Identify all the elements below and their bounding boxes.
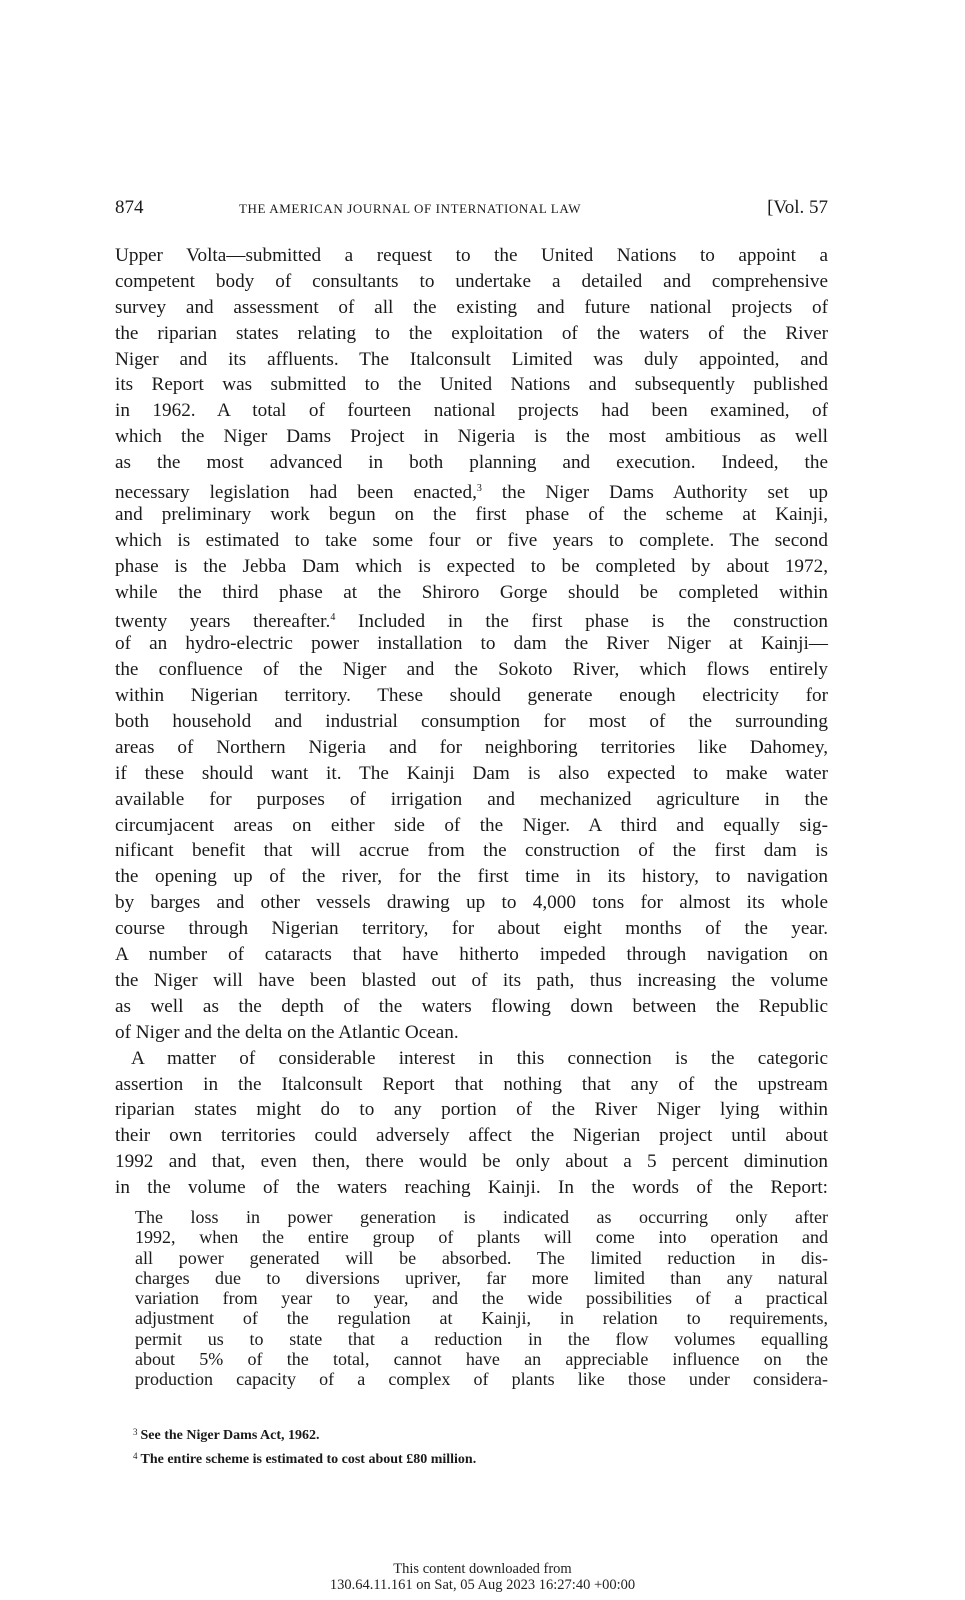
text-line: its Report was submitted to the United N…: [115, 372, 828, 398]
quote-line: all power generated will be absorbed. Th…: [135, 1248, 828, 1268]
text-line: the opening up of the river, for the fir…: [115, 864, 828, 890]
journal-title: THE AMERICAN JOURNAL OF INTERNATIONAL LA…: [239, 201, 581, 217]
text-line: the riparian states relating to the expl…: [115, 321, 828, 347]
download-notice-line-2: 130.64.11.161 on Sat, 05 Aug 2023 16:27:…: [0, 1577, 965, 1593]
text-line: by barges and other vessels drawing up t…: [115, 890, 828, 916]
footnote-3: 3See the Niger Dams Act, 1962.: [133, 1422, 833, 1446]
journal-page: 874 THE AMERICAN JOURNAL OF INTERNATIONA…: [0, 0, 965, 1600]
text-line: nificant benefit that will accrue from t…: [115, 838, 828, 864]
block-quote: The loss in power generation is indicate…: [135, 1207, 828, 1390]
footnote-marker: 3: [133, 1427, 138, 1437]
quote-line: production capacity of a complex of plan…: [135, 1369, 828, 1389]
text-line: competent body of consultants to underta…: [115, 269, 828, 295]
running-head: 874 THE AMERICAN JOURNAL OF INTERNATIONA…: [115, 197, 828, 223]
text-line: of Niger and the delta on the Atlantic O…: [115, 1020, 828, 1046]
text-line: circumjacent areas on either side of the…: [115, 813, 828, 839]
page-number: 874: [115, 197, 144, 219]
text-line: as well as the depth of the waters flowi…: [115, 994, 828, 1020]
text-line: 1992 and that, even then, there would be…: [115, 1149, 828, 1175]
text-line: as the most advanced in both planning an…: [115, 450, 828, 476]
download-notice-line-1: This content downloaded from: [0, 1561, 965, 1577]
text-line: which is estimated to take some four or …: [115, 528, 828, 554]
quote-line: The loss in power generation is indicate…: [135, 1207, 828, 1227]
text-line: course through Nigerian territory, for a…: [115, 916, 828, 942]
text-line: both household and industrial consumptio…: [115, 709, 828, 735]
quote-line: about 5% of the total, cannot have an ap…: [135, 1349, 828, 1369]
text-line: if these should want it. The Kainji Dam …: [115, 761, 828, 787]
text-line: A number of cataracts that have hitherto…: [115, 942, 828, 968]
text-line: survey and assessment of all the existin…: [115, 295, 828, 321]
text-line: the confluence of the Niger and the Soko…: [115, 657, 828, 683]
text-line: necessary legislation had been enacted,3…: [115, 476, 828, 502]
text-line: assertion in the Italconsult Report that…: [115, 1072, 828, 1098]
text-line: riparian states might do to any portion …: [115, 1097, 828, 1123]
text-line: in 1962. A total of fourteen national pr…: [115, 398, 828, 424]
quote-line: 1992, when the entire group of plants wi…: [135, 1227, 828, 1247]
quote-line: charges due to diversions upriver, far m…: [135, 1268, 828, 1288]
text-line: in the volume of the waters reaching Kai…: [115, 1175, 828, 1201]
text-line: and preliminary work begun on the first …: [115, 502, 828, 528]
text-line: of an hydro-electric power installation …: [115, 631, 828, 657]
quote-line: variation from year to year, and the wid…: [135, 1288, 828, 1308]
text-line: which the Niger Dams Project in Nigeria …: [115, 424, 828, 450]
download-notice: This content downloaded from 130.64.11.1…: [0, 1561, 965, 1593]
quote-line: adjustment of the regulation at Kainji, …: [135, 1308, 828, 1328]
footnotes: 3See the Niger Dams Act, 1962. 4The enti…: [133, 1422, 833, 1470]
text-line: within Nigerian territory. These should …: [115, 683, 828, 709]
text-line: their own territories could adversely af…: [115, 1123, 828, 1149]
text-line: the Niger will have been blasted out of …: [115, 968, 828, 994]
text-line: while the third phase at the Shiroro Gor…: [115, 580, 828, 606]
body-text: Upper Volta—submitted a request to the U…: [115, 243, 828, 1201]
footnote-4: 4The entire scheme is estimated to cost …: [133, 1446, 833, 1470]
text-line: Niger and its affluents. The Italconsult…: [115, 347, 828, 373]
text-line: Upper Volta—submitted a request to the U…: [115, 243, 828, 269]
text-line: areas of Northern Nigeria and for neighb…: [115, 735, 828, 761]
volume-label: [Vol. 57: [767, 197, 828, 219]
text-line: twenty years thereafter.4 Included in th…: [115, 605, 828, 631]
footnote-marker: 4: [133, 1451, 138, 1461]
quote-line: permit us to state that a reduction in t…: [135, 1329, 828, 1349]
text-line: A matter of considerable interest in thi…: [115, 1046, 828, 1072]
text-line: available for purposes of irrigation and…: [115, 787, 828, 813]
text-line: phase is the Jebba Dam which is expected…: [115, 554, 828, 580]
